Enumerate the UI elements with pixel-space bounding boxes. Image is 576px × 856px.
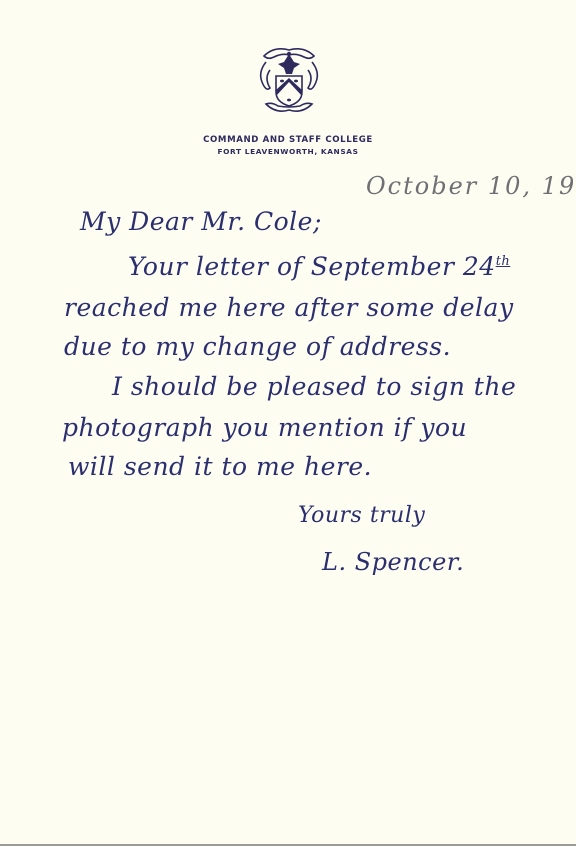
- body-line: I should be pleased to sign the: [112, 372, 516, 401]
- body-line-text: Your letter of September 24: [128, 252, 496, 281]
- signature: L. Spencer.: [322, 548, 464, 576]
- body-line: Your letter of September 24th: [128, 252, 510, 281]
- salutation: My Dear Mr. Cole;: [80, 207, 322, 236]
- letter-date: October 10, 1946: [366, 172, 576, 200]
- body-line: reached me here after some delay: [64, 293, 514, 322]
- crest-icon: [256, 42, 322, 116]
- closing: Yours truly: [298, 503, 425, 528]
- letterhead-institution: COMMAND AND STAFF COLLEGE: [0, 135, 576, 145]
- letter-page: COMMAND AND STAFF COLLEGE FORT LEAVENWOR…: [0, 0, 576, 846]
- body-line: will send it to me here.: [68, 452, 372, 481]
- ordinal-suffix: th: [496, 254, 511, 269]
- body-line: photograph you mention if you: [62, 413, 467, 442]
- letterhead-location: FORT LEAVENWORTH, KANSAS: [0, 147, 576, 156]
- body-line: due to my change of address.: [64, 332, 451, 361]
